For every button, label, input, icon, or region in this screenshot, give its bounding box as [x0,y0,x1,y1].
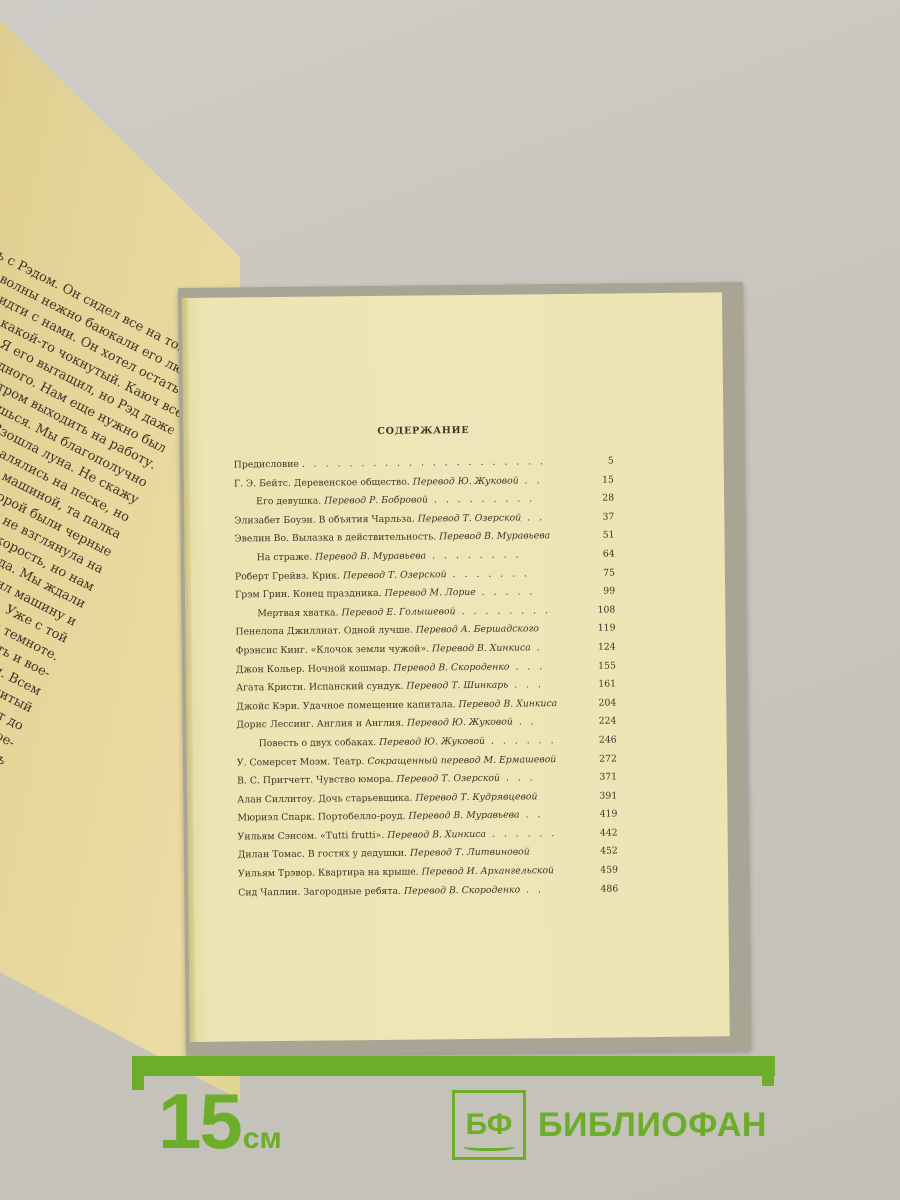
toc-entry-page: 224 [576,713,616,732]
toc-entry-title: У. Сомерсет Моэм. Театр. [237,756,365,768]
ruler-tick-right [762,1056,774,1086]
toc-entry-title: Уильям Трэвор. Квартира на крыше. [238,867,419,880]
toc-entry-translator: Перевод А. Бершадского [416,624,539,636]
toc-entry-translator: Перевод Р. Бобровой [324,495,428,507]
toc-entry-leader: . . [519,475,543,486]
toc-entry-title: Дорис Лессинг. Англия и Англия. [236,718,404,731]
toc-entry-translator: Перевод В. Хинкиса [458,698,557,710]
right-page: СОДЕРЖАНИЕ Предисловие . . . . . . . . .… [182,292,730,1042]
toc-entry-leader: . . [521,512,545,523]
toc-entry-page: 119 [575,620,615,639]
toc-entry-leader: . . [519,810,543,821]
toc-entry-leader: . . . [508,679,544,690]
brand-name: БИБЛИОФАН [538,1106,767,1145]
toc-entry-leader: . . . . . . . . . [428,494,535,506]
toc-entry-title: Агата Кристи. Испанский сундук. [236,681,403,694]
toc-entry-translator: Перевод В. Хинкиса [387,829,486,841]
toc-entry-translator: Перевод В. Муравьева [408,810,519,822]
toc-entry-translator: Перевод Т. Озерской [343,569,447,581]
toc-entry-translator: Перевод Ю. Жуковой [379,736,485,748]
toc-entry-page: 99 [575,583,615,602]
toc-entry-leader: . . . . . . . . [426,549,521,561]
toc-entry-page: 442 [578,824,618,843]
toc-entry-title: Грэм Грин. Конец праздника. [235,588,382,601]
toc-entry-leader: . . . . . . . . [456,605,551,617]
toc-entry-title: В. С. Притчетт. Чувство юмора. [237,774,394,787]
toc-entry-title: Предисловие [234,459,299,471]
toc-entry-title: Повесть о двух собаках. [259,737,377,749]
toc-entry-translator: Перевод Т. Озерской [396,773,500,785]
toc-entry-leader: . . [520,884,544,895]
toc-entry-translator: Перевод В. Муравьева [439,531,550,543]
toc-entry-page: 459 [578,862,618,881]
toc-entry-title: Мюриэл Спарк. Портобелло-роуд. [237,811,405,824]
toc-entry-translator: Перевод Ю. Жуковой [407,717,513,729]
toc-entry: Сид Чаплин. Загородные ребята. Перевод В… [238,880,618,903]
toc-entry-page: 124 [576,638,616,657]
toc-entry-title: Уильям Сэнсом. «Tutti frutti». [238,830,385,843]
toc-entry-title: Эвелин Во. Вылазка в действительность. [234,532,436,545]
toc-entry-page: 155 [576,657,616,676]
toc-entry-leader: . [531,642,543,653]
toc-entry-title: Джон Кольер. Ночной кошмар. [236,662,391,675]
toc-entry-page: 108 [575,601,615,620]
toc-entry-leader: . . . . . . [486,828,558,840]
toc-entry-leader: . . [513,717,537,728]
toc-entry-page: 51 [574,527,614,546]
toc-entry-translator: Сокращенный перевод М. Ермашевой [367,754,556,767]
open-book-logo-icon: БФ [452,1090,526,1160]
toc-entry-translator: Перевод В. Хинкиса [432,642,531,654]
size-unit: см [243,1122,282,1155]
toc-list: Предисловие . . . . . . . . . . . . . . … [234,452,619,902]
toc-entry-page: 161 [576,676,616,695]
toc-entry-title: Дилан Томас. В гостях у дедушки. [238,848,407,861]
book-photo: ть с Рэдом. Он сидел все на том жегде во… [0,0,900,1200]
ruler-bar [135,1056,775,1076]
toc-entry-translator: Перевод Ю. Жуковой [413,475,519,487]
toc-entry-leader: . . . [500,772,536,783]
toc-entry-page: 452 [578,843,618,862]
toc-entry-title: Его девушка. [256,496,321,508]
toc-entry-title: Фрэнсис Кинг. «Клочок земли чужой». [236,643,429,656]
toc-entry-translator: Перевод Е. Голышевой [341,606,455,618]
toc-entry-leader: . . . . . [476,586,536,598]
toc-entry-page: 419 [577,806,617,825]
toc-entry-translator: Перевод Т. Шинкарь [406,680,508,692]
toc-entry-title: Элизабет Боуэн. В объятия Чарльза. [234,513,414,526]
toc-entry-page: 75 [575,564,615,583]
toc-entry-page: 371 [577,769,617,788]
toc-entry-leader: . . . . . . [485,735,557,747]
toc-entry-title: Сид Чаплин. Загородные ребята. [238,885,401,898]
toc-entry-title: Джойс Кэри. Удачное помещение капитала. [236,699,455,712]
toc-entry-page: 64 [575,545,615,564]
toc-entry-leader: . . . [509,661,545,672]
toc-entry-page: 272 [577,750,617,769]
toc-entry-translator: Перевод Т. Литвиновой [410,847,530,859]
toc-entry-translator: Перевод Т. Озерской [418,512,522,524]
toc-entry-title: Роберт Грейвз. Крик. [235,570,340,582]
toc-entry-page: 15 [574,471,614,490]
size-number: 15 [158,1077,241,1165]
toc-entry-title: На страже. [257,552,313,564]
table-of-contents: СОДЕРЖАНИЕ Предисловие . . . . . . . . .… [233,423,618,902]
toc-entry-page: 5 [574,452,614,471]
toc-entry-page: 246 [577,731,617,750]
brand: БФ БИБЛИОФАН [452,1090,767,1160]
toc-entry-title: Мертвая хватка. [257,607,338,619]
toc-entry-page: 486 [578,880,618,899]
toc-entry-page: 391 [577,787,617,806]
toc-entry-translator: Перевод М. Лорие [385,587,476,599]
toc-entry-page: 37 [574,508,614,527]
toc-entry-translator: Перевод Т. Кудрявцевой [415,791,537,803]
toc-entry-leader: . . . . . . . [446,568,529,580]
toc-entry-translator: Перевод В. Скороденко [393,661,509,673]
toc-entry-page: 204 [576,694,616,713]
brand-logo-text: БФ [466,1108,513,1142]
ruler-tick-left [132,1056,144,1090]
toc-entry-translator: Перевод В. Скороденко [404,884,520,896]
toc-entry-translator: Перевод И. Архангельской [422,865,554,877]
toc-entry-title: Алан Силлитоу. Дочь старьевщика. [237,792,412,805]
toc-title: СОДЕРЖАНИЕ [233,423,613,438]
toc-entry-leader: . . . . . . . . . . . . . . . . . . . . … [302,456,546,470]
toc-entry-page: 28 [574,490,614,509]
toc-entry-title: Пенелопа Джиллиат. Одной лучше. [235,625,412,638]
toc-entry-text: Сид Чаплин. Загородные ребята. Перевод В… [238,881,578,903]
toc-entry-title: Г. Э. Бейтс. Деревенское общество. [234,476,410,489]
toc-entry-translator: Перевод В. Муравьева [315,550,426,562]
size-label: 15см [158,1082,282,1160]
